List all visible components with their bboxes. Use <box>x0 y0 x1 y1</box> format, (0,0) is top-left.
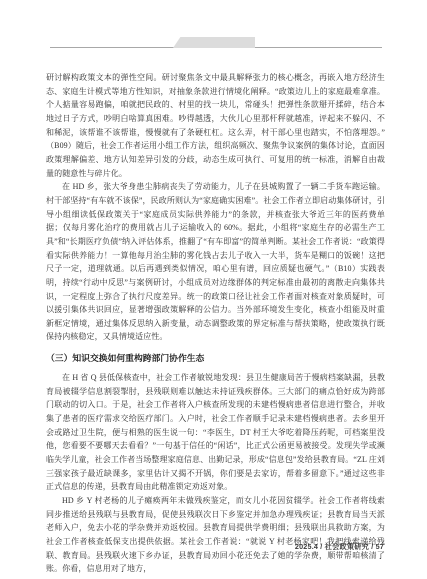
paragraph: 在 H 省 Q 县低保核查中，社会工作者敏锐地发现：县卫生健康局苦于慢病档案缺漏… <box>46 371 385 494</box>
article-body: 研讨解构政策文本的弹性空间。研讨聚焦条文中最具解释张力的核心概念，再嵌入地方经济… <box>46 71 385 576</box>
page-footer: 2025.4 / 社会政策研究 / 57 <box>295 542 384 552</box>
section-heading: （三）知识交换如何重构跨部门协作生态 <box>46 351 385 365</box>
header-rule <box>50 47 382 48</box>
header-banner-shape <box>173 37 255 48</box>
paragraph: 在 HD 乡，张大爷身患尘肺病丧失了劳动能力，儿子在县城购置了一辆二手货车跑运输… <box>46 180 385 344</box>
journal-page: 研讨解构政策文本的弹性空间。研讨聚焦条文中最具解释张力的核心概念，再嵌入地方经济… <box>0 0 427 579</box>
paragraph: HD 乡 Y 村老杨的儿子瘫痪两年未做残疾鉴定，而女儿小花因贫辍学。社会工作者将… <box>46 494 385 576</box>
paragraph: 研讨解构政策文本的弹性空间。研讨聚焦条文中最具解释张力的核心概念，再嵌入地方经济… <box>46 71 385 180</box>
